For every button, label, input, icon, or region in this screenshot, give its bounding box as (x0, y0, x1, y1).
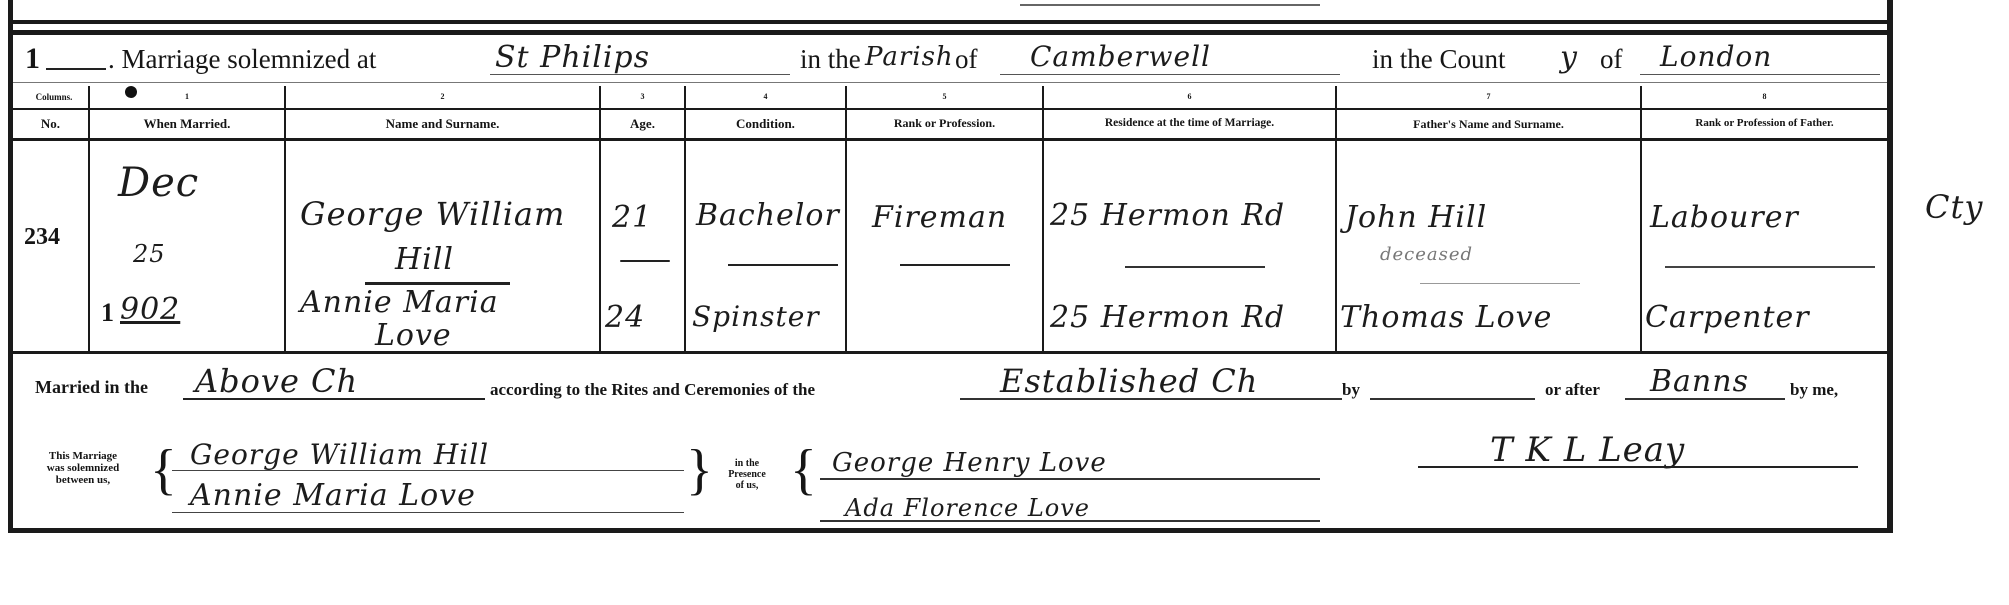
presence-label-line2: Presence (712, 469, 782, 480)
top-double-line-1 (8, 20, 1893, 24)
col-number-3: 3 (601, 92, 684, 101)
entry-no: 234 (24, 224, 60, 251)
header-condition: Condition. (686, 116, 845, 132)
by-label: by (1342, 380, 1360, 400)
father-separator (1420, 283, 1580, 284)
rank-dash (900, 264, 1010, 266)
of-label-1: of (955, 44, 978, 75)
bride-name-line1: Annie Maria (300, 285, 499, 320)
residence-separator (1125, 266, 1265, 268)
col-number-2: 2 (286, 92, 599, 101)
presence-label-line3: of us, (712, 480, 782, 491)
or-after-label: or after (1545, 380, 1600, 400)
groom-rank: Fireman (872, 200, 1007, 235)
married-in-label: Married in the (35, 377, 148, 398)
header-bottom-line (13, 138, 1887, 141)
table-top-line (13, 82, 1887, 83)
church-name: St Philips (495, 40, 650, 75)
bride-age: 24 (605, 300, 645, 335)
bride-name-line2: Love (375, 318, 452, 353)
groom-signature: George William Hill (190, 438, 489, 471)
table-bottom-line (13, 351, 1887, 354)
entry-number-underline (46, 68, 106, 70)
witness-1-line (820, 478, 1320, 480)
county-field-line (1640, 74, 1880, 75)
age-separator (620, 260, 670, 262)
header-mid-line (13, 108, 1887, 110)
left-border (8, 0, 13, 533)
witness-left-brace: { (790, 440, 817, 500)
date-year-hand: 902 (120, 292, 180, 327)
bride-father-rank: Carpenter (1645, 300, 1810, 335)
groom-residence: 25 Hermon Rd (1050, 198, 1285, 233)
witness-2-line (820, 520, 1320, 522)
church-type-field-line (960, 398, 1342, 400)
groom-name-line2: Hill (395, 242, 454, 277)
groom-father-name: John Hill (1345, 200, 1487, 235)
church-field-line (490, 74, 790, 75)
church-type: Established Ch (1000, 362, 1258, 400)
ink-blot (125, 86, 137, 98)
parish-name: Camberwell (1030, 40, 1211, 73)
col-number-1: 1 (90, 92, 284, 101)
banns: Banns (1650, 364, 1749, 399)
bride-residence: 25 Hermon Rd (1050, 300, 1285, 335)
groom-age: 21 (612, 200, 652, 235)
witness-2-signature: Ada Florence Love (845, 494, 1090, 522)
groom-father-rank: Labourer (1650, 200, 1799, 235)
officiant-signature: T K L Leay (1490, 430, 1685, 470)
date-month: Dec (118, 160, 199, 206)
witness-1-signature: George Henry Love (832, 448, 1107, 478)
bride-signature-line (172, 512, 684, 513)
by-me-label: by me, (1790, 380, 1838, 400)
county-label: in the Count (1372, 44, 1506, 75)
groom-condition: Bachelor (696, 198, 840, 233)
presence-label: in the Presence of us, (712, 458, 782, 491)
header-name: Name and Surname. (286, 116, 599, 132)
bottom-border (8, 528, 1893, 533)
presence-label-line1: in the (712, 458, 782, 469)
condition-separator (728, 264, 838, 266)
top-remnant-line (1020, 4, 1320, 6)
right-border (1887, 0, 1893, 533)
solemnized-label-line1: This Marriage (18, 450, 148, 462)
of-label-2: of (1600, 44, 1623, 75)
col-number-5: 5 (847, 92, 1042, 101)
header-residence: Residence at the time of Marriage. (1044, 117, 1335, 129)
marriage-place: Above Ch (195, 362, 358, 400)
bride-signature: Annie Maria Love (190, 478, 476, 513)
col-number-7: 7 (1337, 92, 1640, 101)
solemnized-label: This Marriage was solemnized between us, (18, 450, 148, 486)
parties-right-brace: } (686, 440, 713, 500)
groom-signature-line (172, 470, 684, 471)
bride-father-name: Thomas Love (1340, 300, 1552, 335)
top-double-line-2 (8, 30, 1893, 35)
col-number-6: 6 (1044, 92, 1335, 101)
district-type: Parish (865, 42, 954, 72)
father-rank-separator (1665, 266, 1875, 268)
officiant-signature-line (1418, 466, 1858, 468)
date-day: 25 (133, 240, 166, 268)
header-no: No. (13, 116, 88, 132)
county-suffix: y (1560, 40, 1578, 75)
header-when-married: When Married. (90, 116, 284, 132)
col-number-8: 8 (1642, 92, 1887, 101)
header-age: Age. (601, 116, 684, 132)
solemnized-label-line3: between us, (18, 474, 148, 486)
banns-field-line (1625, 398, 1785, 400)
margin-note: Cty (1925, 188, 1983, 226)
groom-name-line1: George William (300, 195, 565, 233)
according-label: according to the Rites and Ceremonies of… (490, 380, 815, 400)
licence-field-line (1370, 398, 1535, 400)
parish-field-line (1000, 74, 1340, 75)
place-field-line (183, 398, 485, 400)
groom-father-note: deceased (1380, 244, 1473, 265)
solemnized-label-line2: was solemnized (18, 462, 148, 474)
columns-label: Columns. (20, 92, 88, 102)
header-rank: Rank or Profession. (847, 116, 1042, 131)
heading-prefix: . Marriage solemnized at (108, 44, 376, 75)
bride-condition: Spinster (692, 300, 820, 333)
in-the-label: in the (800, 44, 861, 75)
header-father-rank: Rank or Profession of Father. (1642, 117, 1887, 129)
entry-number: 1 (25, 42, 40, 76)
header-father-name: Father's Name and Surname. (1337, 117, 1640, 132)
date-year-printed: 1 (101, 298, 114, 328)
col-number-4: 4 (686, 92, 845, 101)
county-name: London (1660, 40, 1772, 73)
